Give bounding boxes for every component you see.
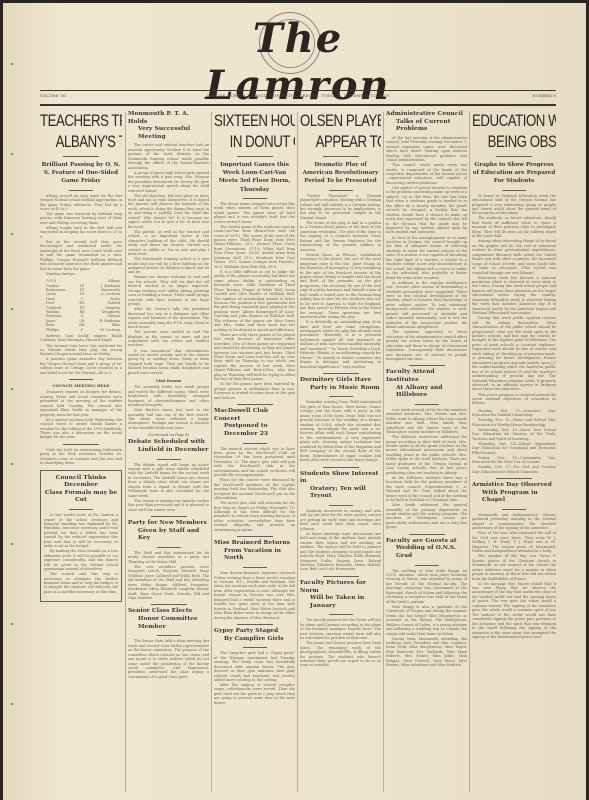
- divider: [415, 565, 439, 566]
- headline: Education WeekBeing Observed: [472, 110, 538, 152]
- article-body: In honor of National Education week the …: [472, 194, 556, 406]
- subhead: Council Meeting Held: [40, 383, 122, 388]
- divider: [237, 404, 273, 405]
- headline: Party for New MembersGiven by Staff and …: [128, 520, 209, 543]
- deck: Graphs to Show Progress of Education are…: [472, 161, 556, 186]
- article-body: Viola Inn held an entertaining Halloween…: [40, 448, 122, 466]
- divider: [237, 624, 273, 625]
- dateline-rule-top: [40, 90, 556, 91]
- article-body: Miss Bertha Brainerd, registrar, returne…: [214, 571, 295, 620]
- article-body: The donut teams snapped into action this…: [214, 202, 295, 400]
- article-body: Referee, Sam Gould; umpire, Ralph Colema…: [40, 334, 122, 375]
- schedule-item: Friday, Nov. 15—Community Day: Education…: [472, 456, 556, 465]
- divider: [243, 567, 267, 568]
- divider: [496, 478, 532, 479]
- headline: Faculty are Guests atWedding of O.N.S. G…: [386, 538, 467, 561]
- column-rule: [211, 112, 212, 792]
- article-body: Last week several of the faculty members…: [386, 408, 467, 530]
- headline: Students Show Interest inOratory; Ten wi…: [300, 471, 381, 501]
- schedule-item: Sunday, Nov. 17—For God and Country Day:…: [472, 465, 556, 474]
- deck: Brilliant Passing by O. N. S. Feature of…: [40, 161, 122, 186]
- headline: Council Thinks DecemberClass Formals may…: [44, 475, 118, 505]
- continued-note: (Continued on Page 4): [128, 433, 209, 437]
- column-rule: [469, 112, 470, 792]
- article-football: Teachers Trim Albany's Team Brilliant Pa…: [40, 110, 122, 466]
- headline: Senior Class ElectsHonor Committee Membe…: [128, 608, 209, 631]
- schedule-item: Tuesday, Nov. 12—Home and School Day: Ed…: [472, 418, 556, 427]
- headline: Teachers Trim Albany's Team: [40, 110, 104, 152]
- divider: [237, 156, 273, 157]
- masthead: The Lamron: [3, 3, 586, 71]
- divider: [329, 614, 353, 615]
- column-2: Monmouth P. T. A. HoldsVery Successful M…: [128, 108, 209, 800]
- columns: Teachers Trim Albany's Team Brilliant Pa…: [40, 108, 556, 800]
- divider: [151, 516, 187, 517]
- divider: [69, 190, 93, 191]
- divider: [323, 576, 359, 577]
- article-body: The Staff and Key entertained for its ne…: [128, 551, 209, 601]
- divider: [243, 198, 267, 199]
- divider: [409, 534, 445, 535]
- article-body: Albany proved an easy mark for the fast …: [40, 194, 122, 277]
- divider: [237, 536, 273, 537]
- headline: Olsen Players toAppear Tonight: [300, 110, 363, 152]
- article-body: "Twelve Thousand" a German playwright's …: [300, 194, 381, 369]
- lineup-table: O N SAlbany GordonLEJ. BurkmanRasmussenL…: [46, 279, 122, 332]
- headline: Administrative CouncilTalks of Current P…: [386, 111, 467, 134]
- divider: [323, 467, 359, 468]
- schedule-item: Monday, Nov. 11—Armistice Day: Education…: [472, 409, 556, 418]
- divider: [157, 459, 181, 460]
- column-rule: [383, 112, 384, 792]
- divider: [63, 156, 99, 157]
- divider: [243, 443, 267, 444]
- column-1: Teachers Trim Albany's Team Brilliant Pa…: [40, 108, 122, 800]
- headline: Sixteen HousesIn Donut Games: [214, 110, 277, 152]
- deck: Dramatic Play of American Revolutionary …: [300, 161, 381, 186]
- article-body: At the last meeting of the administrativ…: [386, 136, 467, 362]
- lineup-row: PhillipsFW. Cochran: [46, 328, 122, 332]
- article-body: Monmouth and Independence citizens gathe…: [472, 513, 556, 639]
- divider: [502, 509, 526, 510]
- article-body: The Camp-fire girls had a "Gypsy party" …: [214, 651, 295, 705]
- divider: [323, 373, 359, 374]
- divider: [157, 635, 181, 636]
- headline: Debate Scheduled withLinfield in Decembe…: [128, 439, 209, 454]
- divider: [329, 190, 353, 191]
- divider: [409, 365, 445, 366]
- column-rule: [125, 112, 126, 792]
- divider: [502, 190, 526, 191]
- dateline-rule-bottom: [40, 104, 556, 106]
- divider: [329, 396, 353, 397]
- schedule-item: Wednesday, Nov. 13—Know Your School Day:…: [472, 428, 556, 441]
- divider: [329, 505, 353, 506]
- headline: Monmouth P. T. A. HoldsVery Successful M…: [128, 111, 209, 141]
- divider: [151, 604, 187, 605]
- column-5: Administrative CouncilTalks of Current P…: [386, 108, 467, 800]
- schedule-item: Thursday, Nov. 14—School Opportunity Day…: [472, 442, 556, 455]
- article-body: The assembly broke into small groups and…: [128, 385, 209, 430]
- headline: Faculty Attend InstitutesAt Albany and H…: [386, 369, 467, 399]
- article-council-formals: Council Thinks DecemberClass Formals may…: [40, 470, 122, 603]
- article-body: In last week's issue of the Lamron a rep…: [44, 513, 118, 594]
- headline: Gypsy Party StagedBy Campfire Girls: [214, 628, 295, 643]
- article-body: Saturday evening Dean Todd entertained t…: [300, 400, 381, 462]
- divider: [415, 404, 439, 405]
- article-body: The debate squad will begin an active se…: [128, 463, 209, 513]
- divider: [243, 647, 267, 648]
- column-rule: [297, 112, 298, 792]
- deck: Important Games this Week Loun-Cari-Van …: [214, 161, 295, 194]
- headline: MacDowell Club ConcertPostponed to Decem…: [214, 408, 295, 438]
- column-4: Olsen Players toAppear Tonight Dramatic …: [300, 108, 381, 800]
- headline: Miss Brainerd ReturnsFrom Vacation in No…: [214, 540, 295, 563]
- divider: [157, 547, 181, 548]
- article-body: The Senior class held a short meeting la…: [128, 639, 209, 679]
- column-3: Sixteen HousesIn Donut Games Important G…: [214, 108, 295, 800]
- divider: [496, 156, 532, 157]
- article-body: Treasurer reports on budgets for debate,…: [40, 390, 122, 440]
- article-body: The critics and student teachers had an …: [128, 143, 209, 375]
- divider: [323, 156, 359, 157]
- headline: Faculty Pictures for NormWill be Taken i…: [300, 580, 381, 610]
- dateline-center: OREGON NORMAL SCHOOL, MONMOUTH, OREGON, …: [40, 94, 556, 98]
- column-6: Education WeekBeing Observed Graphs to S…: [472, 108, 556, 800]
- newspaper-page: The Lamron VOLUME VII OREGON NORMAL SCHO…: [3, 3, 586, 800]
- dateline: VOLUME VII OREGON NORMAL SCHOOL, MONMOUT…: [40, 94, 556, 102]
- divider: [63, 444, 99, 445]
- article-body: Students interested in oratory and who w…: [300, 509, 381, 572]
- subhead: Visit Rooms: [128, 378, 209, 383]
- article-body: The faculty pictures for the Norm will n…: [300, 618, 381, 668]
- issue-number: NUMBER 8: [532, 94, 556, 98]
- article-body: The wedding of Miss Edith Bragg, an O.N.…: [386, 569, 467, 668]
- headline: Armistice Day ObservedWith Program in Ch…: [472, 482, 556, 505]
- headline: Dormitory Girls HaveParty in Music Room: [300, 377, 381, 392]
- divider: [69, 379, 93, 380]
- article-body: The musical concert which was to have be…: [214, 447, 295, 533]
- schedule-list: Monday, Nov. 11—Armistice Day: Education…: [472, 409, 556, 474]
- divider: [69, 509, 93, 510]
